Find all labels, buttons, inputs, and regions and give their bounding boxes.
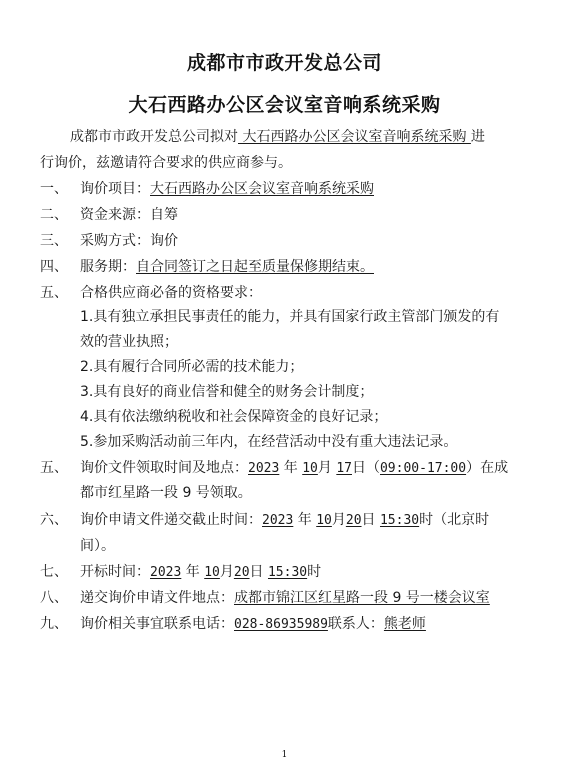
item-7: 六、询价申请文件递交截止时间：2023 年 10月20日 15:30时（北京时 <box>40 511 489 530</box>
item-10: 九、询价相关事宜联系电话：028-86935989联系人：熊老师 <box>40 615 426 634</box>
item-number: 五、 <box>40 284 80 302</box>
item-value: 大石西路办公区会议室音响系统采购 <box>150 181 374 197</box>
day: 20 <box>346 513 362 528</box>
contact-label: 联系人： <box>328 616 384 632</box>
item-number: 三、 <box>40 232 80 250</box>
intro-line-1: 成都市市政开发总公司拟对 大石西路办公区会议室音响系统采购 进 <box>70 128 485 146</box>
month-unit: 月 <box>318 460 332 476</box>
item-tail: ）在成 <box>466 460 508 476</box>
contact-name: 熊老师 <box>384 616 426 632</box>
year: 2023 <box>248 461 279 476</box>
item-6: 五、询价文件领取时间及地点：2023 年 10月 17日（09:00-17:00… <box>40 459 508 478</box>
requirement-5: 5.参加采购活动前三年内，在经营活动中没有重大违法记录。 <box>80 433 457 451</box>
item-label: 询价申请文件递交截止时间： <box>80 512 262 528</box>
item-4: 四、服务期：自合同签订之日起至质量保修期结束。 <box>40 258 374 276</box>
day-unit: 日 <box>362 512 376 528</box>
item-value: 询价 <box>150 233 178 249</box>
requirement-1: 1.具有独立承担民事责任的能力，并具有国家行政主管部门颁发的有 <box>80 308 499 326</box>
item-label: 递交询价申请文件地点： <box>80 590 234 606</box>
item-number: 五、 <box>40 459 80 477</box>
requirement-2: 2.具有履行合同所必需的技术能力； <box>80 358 303 376</box>
item-tail: 时 <box>307 564 321 580</box>
requirement-1-cont: 效的营业执照； <box>80 333 178 351</box>
year: 2023 <box>262 513 293 528</box>
requirement-3: 3.具有良好的商业信誉和健全的财务会计制度； <box>80 383 373 401</box>
item-value: 成都市锦江区红星路一段 9 号一楼会议室 <box>234 590 490 606</box>
item-6-cont: 都市红星路一段 9 号领取。 <box>80 484 252 502</box>
item-value: 自筹 <box>150 207 178 223</box>
year-unit: 年 <box>186 564 200 580</box>
intro-project: 大石西路办公区会议室音响系统采购 <box>238 129 471 145</box>
page-number: 1 <box>0 750 569 760</box>
item-5: 五、合格供应商必备的资格要求： <box>40 284 262 302</box>
intro-line-2: 行询价，兹邀请符合要求的供应商参与。 <box>40 154 292 172</box>
day-unit: 日（ <box>352 460 380 476</box>
time: 09:00-17:00 <box>380 461 466 476</box>
month: 10 <box>204 565 220 580</box>
item-number: 四、 <box>40 258 80 276</box>
month-unit: 月 <box>220 564 234 580</box>
day-unit: 日 <box>250 564 264 580</box>
year: 2023 <box>150 565 181 580</box>
month: 10 <box>316 513 332 528</box>
time: 15:30 <box>380 513 419 528</box>
item-8: 七、开标时间：2023 年 10月20日 15:30时 <box>40 563 321 582</box>
item-number: 六、 <box>40 511 80 529</box>
item-label: 合格供应商必备的资格要求： <box>80 285 262 301</box>
requirement-4: 4.具有依法缴纳税收和社会保障资金的良好记录； <box>80 408 387 426</box>
item-1: 一、询价项目：大石西路办公区会议室音响系统采购 <box>40 180 374 198</box>
item-value: 自合同签订之日起至质量保修期结束。 <box>136 259 374 275</box>
year-unit: 年 <box>298 512 312 528</box>
item-label: 开标时间： <box>80 564 150 580</box>
item-number: 一、 <box>40 180 80 198</box>
item-label: 询价项目： <box>80 181 150 197</box>
year-unit: 年 <box>284 460 298 476</box>
document-title: 成都市市政开发总公司 <box>0 48 569 75</box>
month-unit: 月 <box>332 512 346 528</box>
item-number: 八、 <box>40 589 80 607</box>
day: 17 <box>336 461 352 476</box>
item-9: 八、递交询价申请文件地点：成都市锦江区红星路一段 9 号一楼会议室 <box>40 589 490 607</box>
time: 15:30 <box>268 565 307 580</box>
item-tail: 时（北京时 <box>419 512 489 528</box>
month: 10 <box>302 461 318 476</box>
item-label: 采购方式： <box>80 233 150 249</box>
item-7-cont: 间）。 <box>80 537 115 555</box>
item-label: 询价文件领取时间及地点： <box>80 460 248 476</box>
document-subtitle: 大石西路办公区会议室音响系统采购 <box>0 90 569 117</box>
item-label: 服务期： <box>80 259 136 275</box>
item-2: 二、资金来源：自筹 <box>40 206 178 224</box>
item-label: 资金来源： <box>80 207 150 223</box>
day: 20 <box>234 565 250 580</box>
item-number: 二、 <box>40 206 80 224</box>
item-3: 三、采购方式：询价 <box>40 232 178 250</box>
item-number: 九、 <box>40 615 80 633</box>
intro-suffix: 进 <box>471 129 485 145</box>
item-label: 询价相关事宜联系电话： <box>80 616 234 632</box>
intro-prefix: 成都市市政开发总公司拟对 <box>70 129 238 145</box>
item-number: 七、 <box>40 563 80 581</box>
phone-number: 028-86935989 <box>234 617 328 632</box>
